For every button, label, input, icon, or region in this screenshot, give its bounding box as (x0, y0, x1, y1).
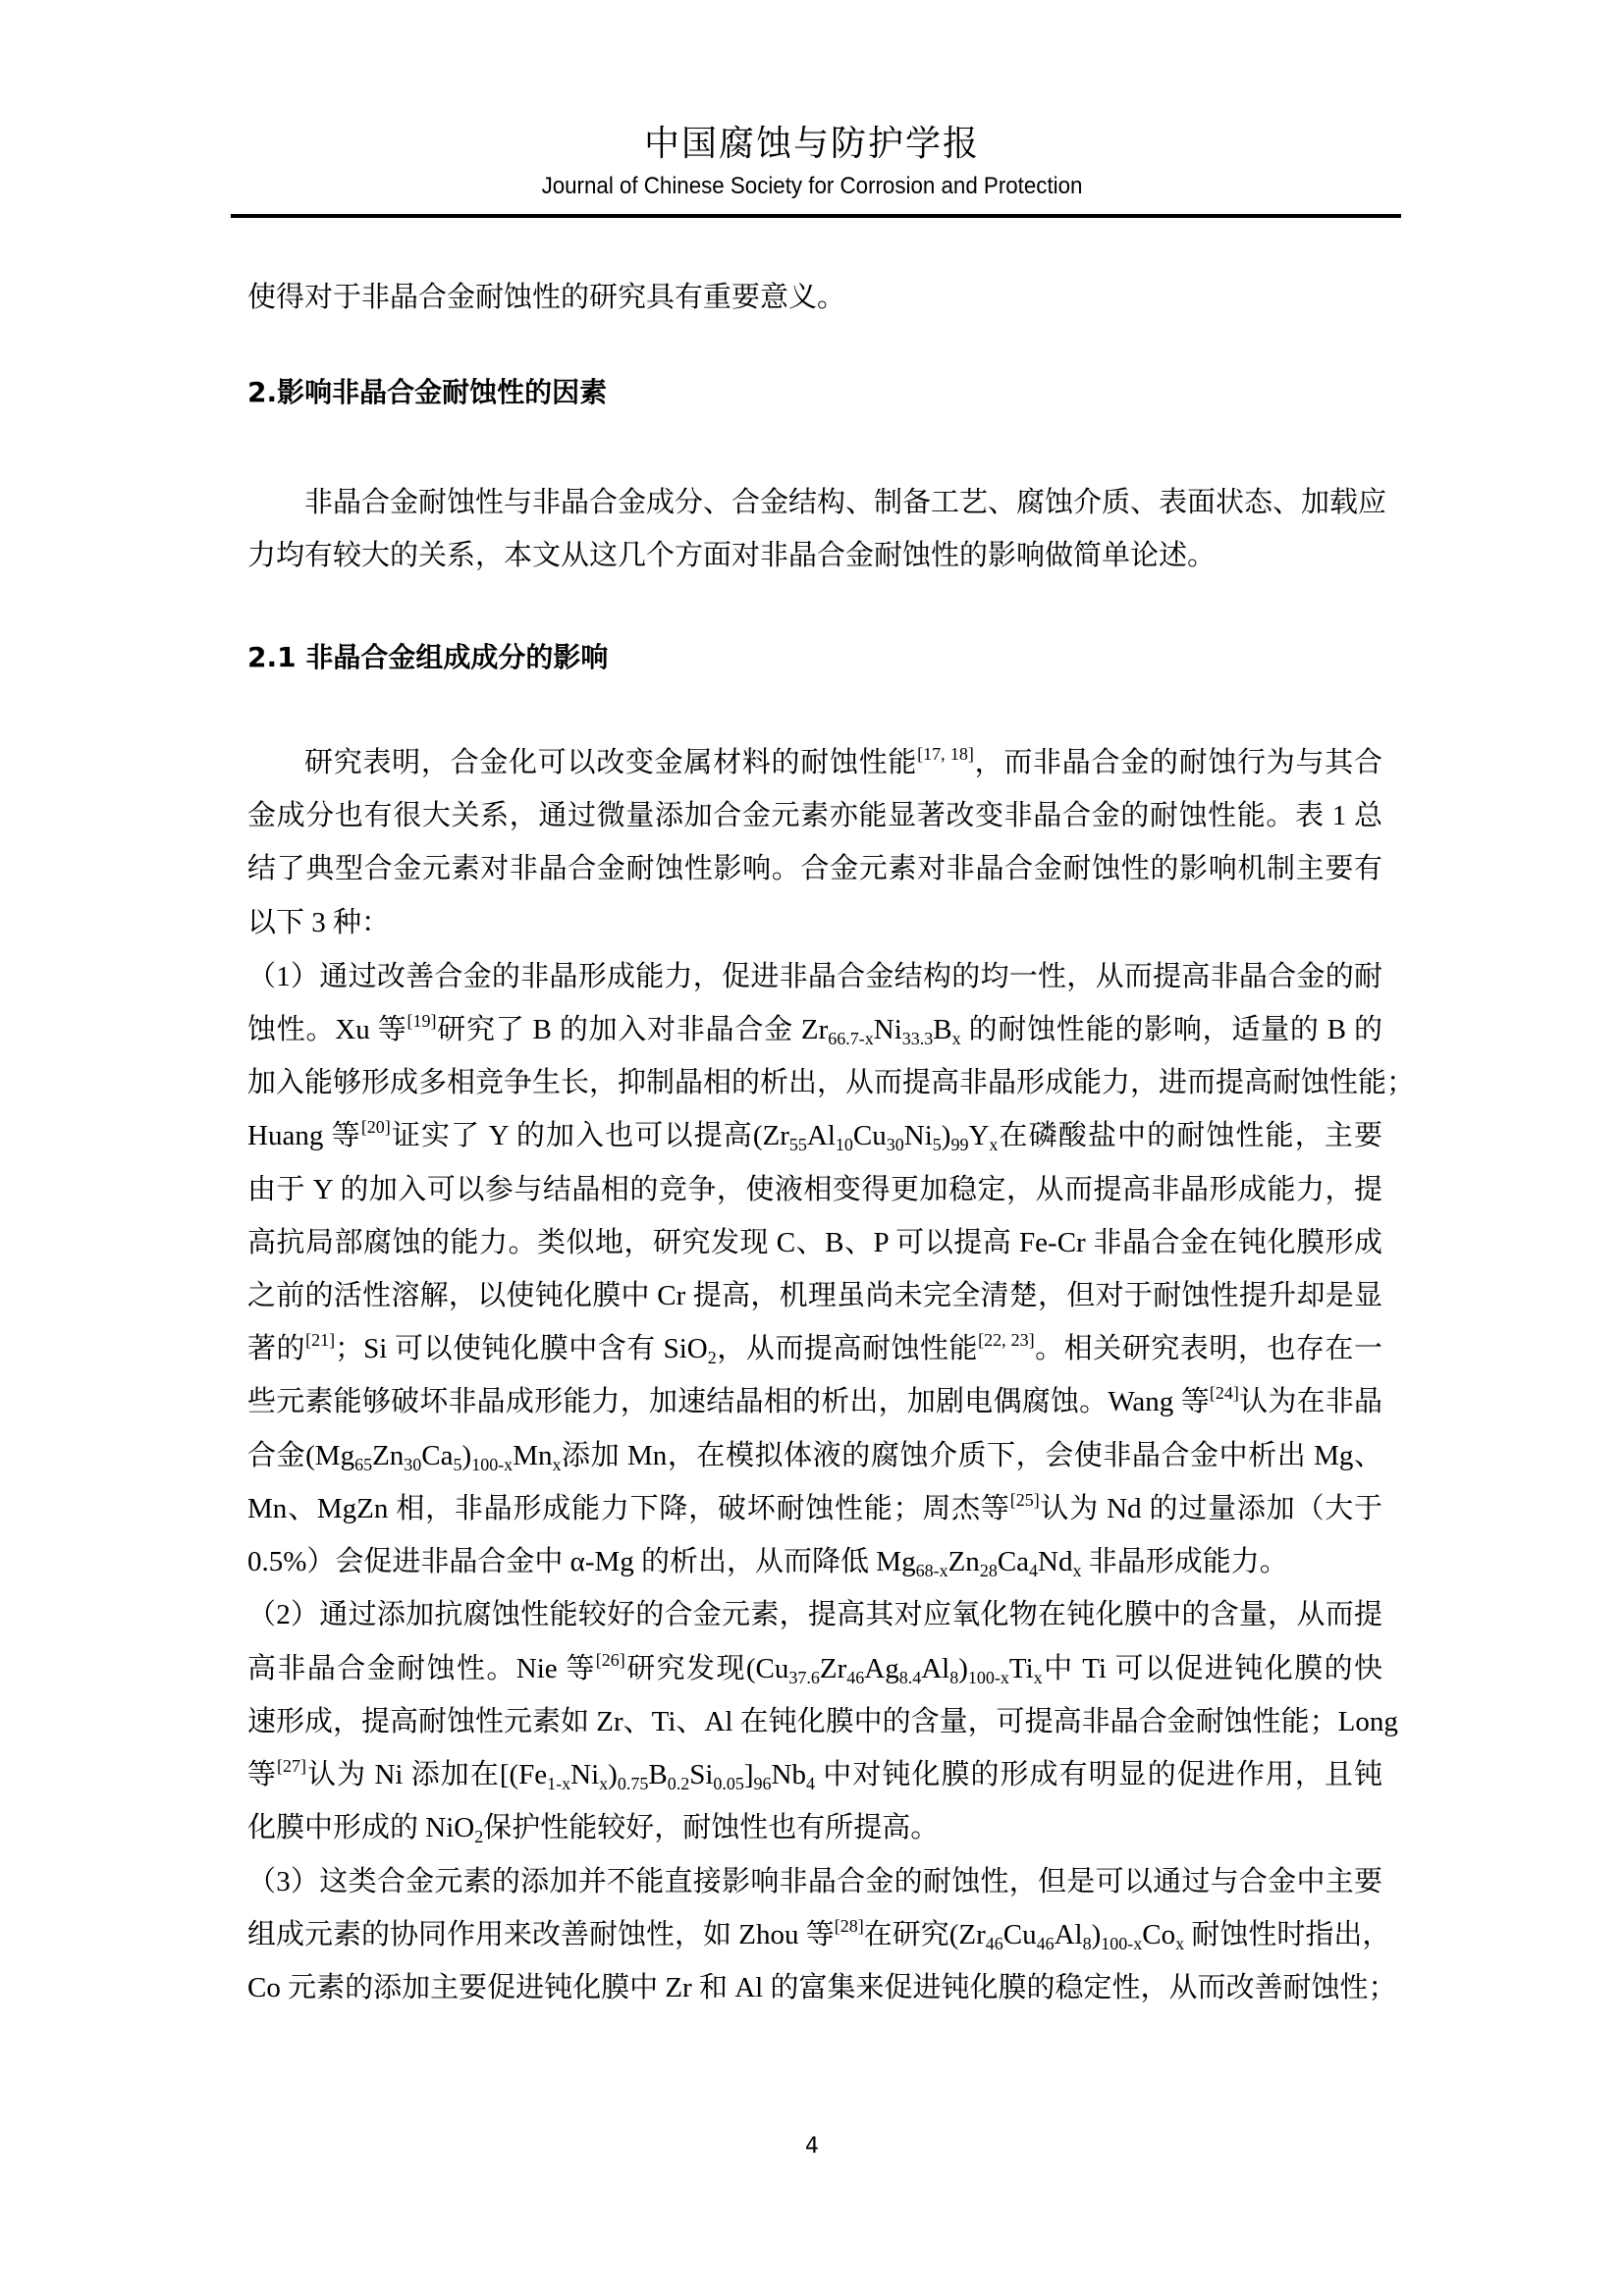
text-run: 蚀性。Xu 等 (247, 1014, 406, 1045)
text-line: 之前的活性溶解，以使钝化膜中 Cr 提高，机理虽尚未完全清楚，但对于耐蚀性提升却… (247, 1276, 1382, 1315)
text-run: Cu (1003, 1919, 1037, 1950)
subscript: x (1175, 1934, 1184, 1953)
citation: [19] (406, 1011, 436, 1031)
subscript: 66.7-x (828, 1029, 874, 1048)
text-line: 等[27]认为 Ni 添加在[(Fe1-xNix)0.75B0.2Si0.05]… (247, 1755, 1382, 1794)
text-run: 以下 3 种： (247, 907, 390, 938)
subscript: 100-x (471, 1455, 513, 1474)
subscript: 30 (404, 1455, 421, 1474)
text-run: 中 Ti 可以促进钝化膜的快 (1043, 1653, 1382, 1684)
subscript: 10 (836, 1135, 853, 1154)
text-run: Nb (772, 1759, 806, 1790)
text-line: 合金(Mg65Zn30Ca5)100-xMnx添加 Mn，在模拟体液的腐蚀介质下… (247, 1436, 1382, 1475)
citation: [20] (361, 1117, 391, 1137)
text-line: Mn、MgZn 相，非晶形成能力下降，破坏耐蚀性能；周杰等[25]认为 Nd 的… (247, 1489, 1382, 1528)
subscript: 2 (474, 1827, 483, 1846)
subscript: 65 (354, 1455, 372, 1474)
subscript: 2 (708, 1348, 717, 1367)
text-run: Nd (1038, 1546, 1072, 1577)
subscript: x (952, 1029, 961, 1048)
text-run: 使得对于非晶合金耐蚀性的研究具有重要意义。 (247, 282, 845, 313)
text-line: 由于 Y 的加入可以参与结晶相的竞争，使液相变得更加稳定，从而提高非晶形成能力，… (247, 1170, 1382, 1209)
text-run: Al (807, 1120, 836, 1151)
text-run: 耐蚀性时指出， (1184, 1919, 1390, 1950)
text-run: ) (958, 1653, 968, 1684)
subscript: x (599, 1774, 608, 1793)
text-run: 些元素能够破坏非晶成形能力，加速结晶相的析出，加剧电偶腐蚀。Wang 等 (247, 1386, 1210, 1417)
text-run: 认为在非晶 (1239, 1386, 1382, 1417)
citation: [25] (1010, 1490, 1040, 1510)
text-run: B (648, 1759, 667, 1790)
text-run: 0.5%）会促进非晶合金中 α-Mg 的析出，从而降低 Mg (247, 1546, 916, 1577)
text-run: ] (744, 1759, 754, 1790)
text-run: 认为 Ni 添加在[(Fe (306, 1759, 547, 1790)
text-line: 结了典型合金元素对非晶合金耐蚀性影响。合金元素对非晶合金耐蚀性的影响机制主要有 (247, 849, 1382, 888)
text-run: 高抗局部腐蚀的能力。类似地，研究发现 C、B、P 可以提高 Fe-Cr 非晶合金… (247, 1227, 1382, 1258)
subscript: 37.6 (788, 1668, 820, 1687)
text-line: 些元素能够破坏非晶成形能力，加速结晶相的析出，加剧电偶腐蚀。Wang 等[24]… (247, 1382, 1382, 1421)
text-line: 速形成，提高耐蚀性元素如 Zr、Ti、Al 在钝化膜中的含量，可提高非晶合金耐蚀… (247, 1702, 1382, 1741)
citation: [28] (835, 1916, 864, 1936)
subscript: 4 (1029, 1561, 1038, 1580)
subscript: 28 (980, 1561, 998, 1580)
text-line: 使得对于非晶合金耐蚀性的研究具有重要意义。 (247, 278, 1382, 317)
citation: [24] (1210, 1383, 1239, 1403)
subscript: 0.2 (668, 1774, 690, 1793)
subscript: 33.3 (902, 1029, 934, 1048)
text-run: 在磷酸盐中的耐蚀性能，主要 (998, 1120, 1382, 1151)
text-run: 结了典型合金元素对非晶合金耐蚀性影响。合金元素对非晶合金耐蚀性的影响机制主要有 (247, 853, 1382, 884)
text-line: Huang 等[20]证实了 Y 的加入也可以提高(Zr55Al10Cu30Ni… (247, 1116, 1382, 1155)
text-run: 研究表明，合金化可以改变金属材料的耐蚀性能 (304, 747, 917, 778)
journal-title-cn: 中国腐蚀与防护学报 (0, 122, 1624, 167)
text-run: Zn (372, 1440, 404, 1471)
text-run: ，而非晶合金的耐蚀行为与其合 (974, 747, 1382, 778)
text-run: ) (942, 1120, 951, 1151)
text-run: 由于 Y 的加入可以参与结晶相的竞争，使液相变得更加稳定，从而提高非晶形成能力，… (247, 1174, 1382, 1205)
subscript: 0.75 (618, 1774, 649, 1793)
text-run: 证实了 Y 的加入也可以提高(Zr (391, 1120, 789, 1151)
text-run: ，从而提高耐蚀性能 (717, 1333, 978, 1364)
section-heading-2: 2.影响非晶合金耐蚀性的因素 (247, 373, 607, 412)
text-line: 高非晶合金耐蚀性。Nie 等[26]研究发现(Cu37.6Zr46Ag8.4Al… (247, 1649, 1382, 1688)
text-run: 等 (247, 1759, 277, 1790)
text-run: 合金(Mg (247, 1440, 354, 1471)
text-line: 著的[21]；Si 可以使钝化膜中含有 SiO2，从而提高耐蚀性能[22, 23… (247, 1329, 1382, 1368)
text-run: 之前的活性溶解，以使钝化膜中 Cr 提高，机理虽尚未完全清楚，但对于耐蚀性提升却… (247, 1280, 1382, 1311)
subscript: 100-x (1101, 1934, 1142, 1953)
text-run: Cu (853, 1120, 887, 1151)
subscript: 55 (789, 1135, 807, 1154)
text-line: （2）通过添加抗腐蚀性能较好的合金元素，提高其对应氧化物在钝化膜中的含量，从而提 (247, 1595, 1382, 1634)
text-run: 保护性能较好，耐蚀性也有所提高。 (483, 1812, 939, 1843)
citation: [26] (596, 1650, 625, 1670)
text-run: 。相关研究表明，也存在一 (1035, 1333, 1382, 1364)
text-run: Ni (874, 1014, 902, 1045)
text-run: 非晶合金耐蚀性与非晶合金成分、合金结构、制备工艺、腐蚀介质、表面状态、加载应 (304, 487, 1386, 518)
subscript: 8 (949, 1668, 958, 1687)
text-line: （3）这类合金元素的添加并不能直接影响非晶合金的耐蚀性，但是可以通过与合金中主要 (247, 1862, 1382, 1901)
text-line: 研究表明，合金化可以改变金属材料的耐蚀性能[17, 18]，而非晶合金的耐蚀行为… (304, 743, 1382, 782)
text-run: Mn、MgZn 相，非晶形成能力下降，破坏耐蚀性能；周杰等 (247, 1493, 1010, 1524)
text-run: Ni (904, 1120, 933, 1151)
text-run: 的耐蚀性能的影响，适量的 B 的 (961, 1014, 1382, 1045)
text-line: 0.5%）会促进非晶合金中 α-Mg 的析出，从而降低 Mg68-xZn28Ca… (247, 1542, 1382, 1581)
citation: [22, 23] (978, 1330, 1035, 1350)
citation: [27] (277, 1756, 306, 1776)
text-run: Al (1055, 1919, 1083, 1950)
subscript: 0.05 (713, 1774, 744, 1793)
subscript: 46 (986, 1934, 1003, 1953)
text-run: 速形成，提高耐蚀性元素如 Zr、Ti、Al 在钝化膜中的含量，可提高非晶合金耐蚀… (247, 1706, 1398, 1737)
text-run: ) (608, 1759, 618, 1790)
text-run: ) (1092, 1919, 1102, 1950)
text-run: Ca (998, 1546, 1029, 1577)
text-run: Co 元素的添加主要促进钝化膜中 Zr 和 Al 的富集来促进钝化膜的稳定性，从… (247, 1972, 1396, 2003)
text-line: 金成分也有很大关系，通过微量添加合金元素亦能显著改变非晶合金的耐蚀性能。表 1 … (247, 796, 1382, 835)
subscript: 96 (754, 1774, 772, 1793)
text-run: 认为 Nd 的过量添加（大于 (1040, 1493, 1382, 1524)
text-run: ) (462, 1440, 472, 1471)
text-line: 力均有较大的关系，本文从这几个方面对非晶合金耐蚀性的影响做简单论述。 (247, 536, 1382, 575)
text-run: Ni (570, 1759, 599, 1790)
text-run: 金成分也有很大关系，通过微量添加合金元素亦能显著改变非晶合金的耐蚀性能。表 1 … (247, 800, 1382, 831)
text-run: 中对钝化膜的形成有明显的促进作用，且钝 (815, 1759, 1382, 1790)
subscript: 46 (1037, 1934, 1055, 1953)
text-run: 研究了 B 的加入对非晶合金 Zr (436, 1014, 828, 1045)
document-page: 中国腐蚀与防护学报 Journal of Chinese Society for… (0, 0, 1624, 2296)
subscript: 99 (950, 1135, 968, 1154)
text-run: 高非晶合金耐蚀性。Nie 等 (247, 1653, 596, 1684)
text-run: （1）通过改善合金的非晶形成能力，促进非晶合金结构的均一性，从而提高非晶合金的耐 (247, 961, 1382, 992)
subscript: 1-x (547, 1774, 570, 1793)
header-rule (231, 214, 1401, 218)
subscript: 30 (887, 1135, 904, 1154)
citation: [17, 18] (917, 744, 974, 764)
subscript: 46 (846, 1668, 864, 1687)
text-run: ；Si 可以使钝化膜中含有 SiO (335, 1333, 708, 1364)
text-run: Huang 等 (247, 1120, 361, 1151)
subscript: 5 (454, 1455, 462, 1474)
subscript: 100-x (968, 1668, 1009, 1687)
text-run: 组成元素的协同作用来改善耐蚀性，如 Zhou 等 (247, 1919, 835, 1950)
subscript: x (1034, 1668, 1043, 1687)
text-run: 在研究(Zr (864, 1919, 986, 1950)
text-run: Co (1142, 1919, 1175, 1950)
text-run: B (933, 1014, 951, 1045)
text-run: 力均有较大的关系，本文从这几个方面对非晶合金耐蚀性的影响做简单论述。 (247, 540, 1216, 571)
text-line: （1）通过改善合金的非晶形成能力，促进非晶合金结构的均一性，从而提高非晶合金的耐 (247, 957, 1382, 996)
subscript: 68-x (916, 1561, 948, 1580)
text-run: Y (968, 1120, 989, 1151)
journal-title-en: Journal of Chinese Society for Corrosion… (57, 173, 1567, 200)
text-run: Ag (864, 1653, 898, 1684)
section-heading-2-1: 2.1 非晶合金组成成分的影响 (247, 638, 608, 677)
text-run: Ca (421, 1440, 453, 1471)
text-run: 添加 Mn，在模拟体液的腐蚀介质下，会使非晶合金中析出 Mg、 (561, 1440, 1382, 1471)
subscript: 8.4 (899, 1668, 922, 1687)
page-number: 4 (0, 2132, 1624, 2162)
text-run: Zn (948, 1546, 980, 1577)
text-line: 加入能够形成多相竞争生长，抑制晶相的析出，从而提高非晶形成能力，进而提高耐蚀性能… (247, 1063, 1382, 1102)
text-run: Ti (1009, 1653, 1034, 1684)
text-line: 以下 3 种： (247, 903, 1382, 942)
subscript: 8 (1083, 1934, 1092, 1953)
text-line: 蚀性。Xu 等[19]研究了 B 的加入对非晶合金 Zr66.7-xNi33.3… (247, 1010, 1382, 1049)
text-run: 加入能够形成多相竞争生长，抑制晶相的析出，从而提高非晶形成能力，进而提高耐蚀性能… (247, 1067, 1415, 1098)
text-line: 高抗局部腐蚀的能力。类似地，研究发现 C、B、P 可以提高 Fe-Cr 非晶合金… (247, 1223, 1382, 1262)
text-run: Al (921, 1653, 949, 1684)
text-run: 化膜中形成的 NiO (247, 1812, 474, 1843)
citation: [21] (305, 1330, 335, 1350)
text-run: （3）这类合金元素的添加并不能直接影响非晶合金的耐蚀性，但是可以通过与合金中主要 (247, 1866, 1382, 1897)
text-line: Co 元素的添加主要促进钝化膜中 Zr 和 Al 的富集来促进钝化膜的稳定性，从… (247, 1968, 1382, 2007)
text-run: Zr (820, 1653, 846, 1684)
text-run: （2）通过添加抗腐蚀性能较好的合金元素，提高其对应氧化物在钝化膜中的含量，从而提 (247, 1599, 1382, 1630)
subscript: 5 (933, 1135, 942, 1154)
text-line: 非晶合金耐蚀性与非晶合金成分、合金结构、制备工艺、腐蚀介质、表面状态、加载应 (304, 483, 1382, 522)
text-line: 组成元素的协同作用来改善耐蚀性，如 Zhou 等[28]在研究(Zr46Cu46… (247, 1915, 1382, 1954)
text-run: Mn (513, 1440, 552, 1471)
text-run: 非晶形成能力。 (1081, 1546, 1287, 1577)
subscript: 4 (806, 1774, 815, 1793)
text-run: 研究发现(Cu (625, 1653, 789, 1684)
text-run: Si (689, 1759, 713, 1790)
text-line: 化膜中形成的 NiO2保护性能较好，耐蚀性也有所提高。 (247, 1808, 1382, 1847)
text-run: 著的 (247, 1333, 305, 1364)
